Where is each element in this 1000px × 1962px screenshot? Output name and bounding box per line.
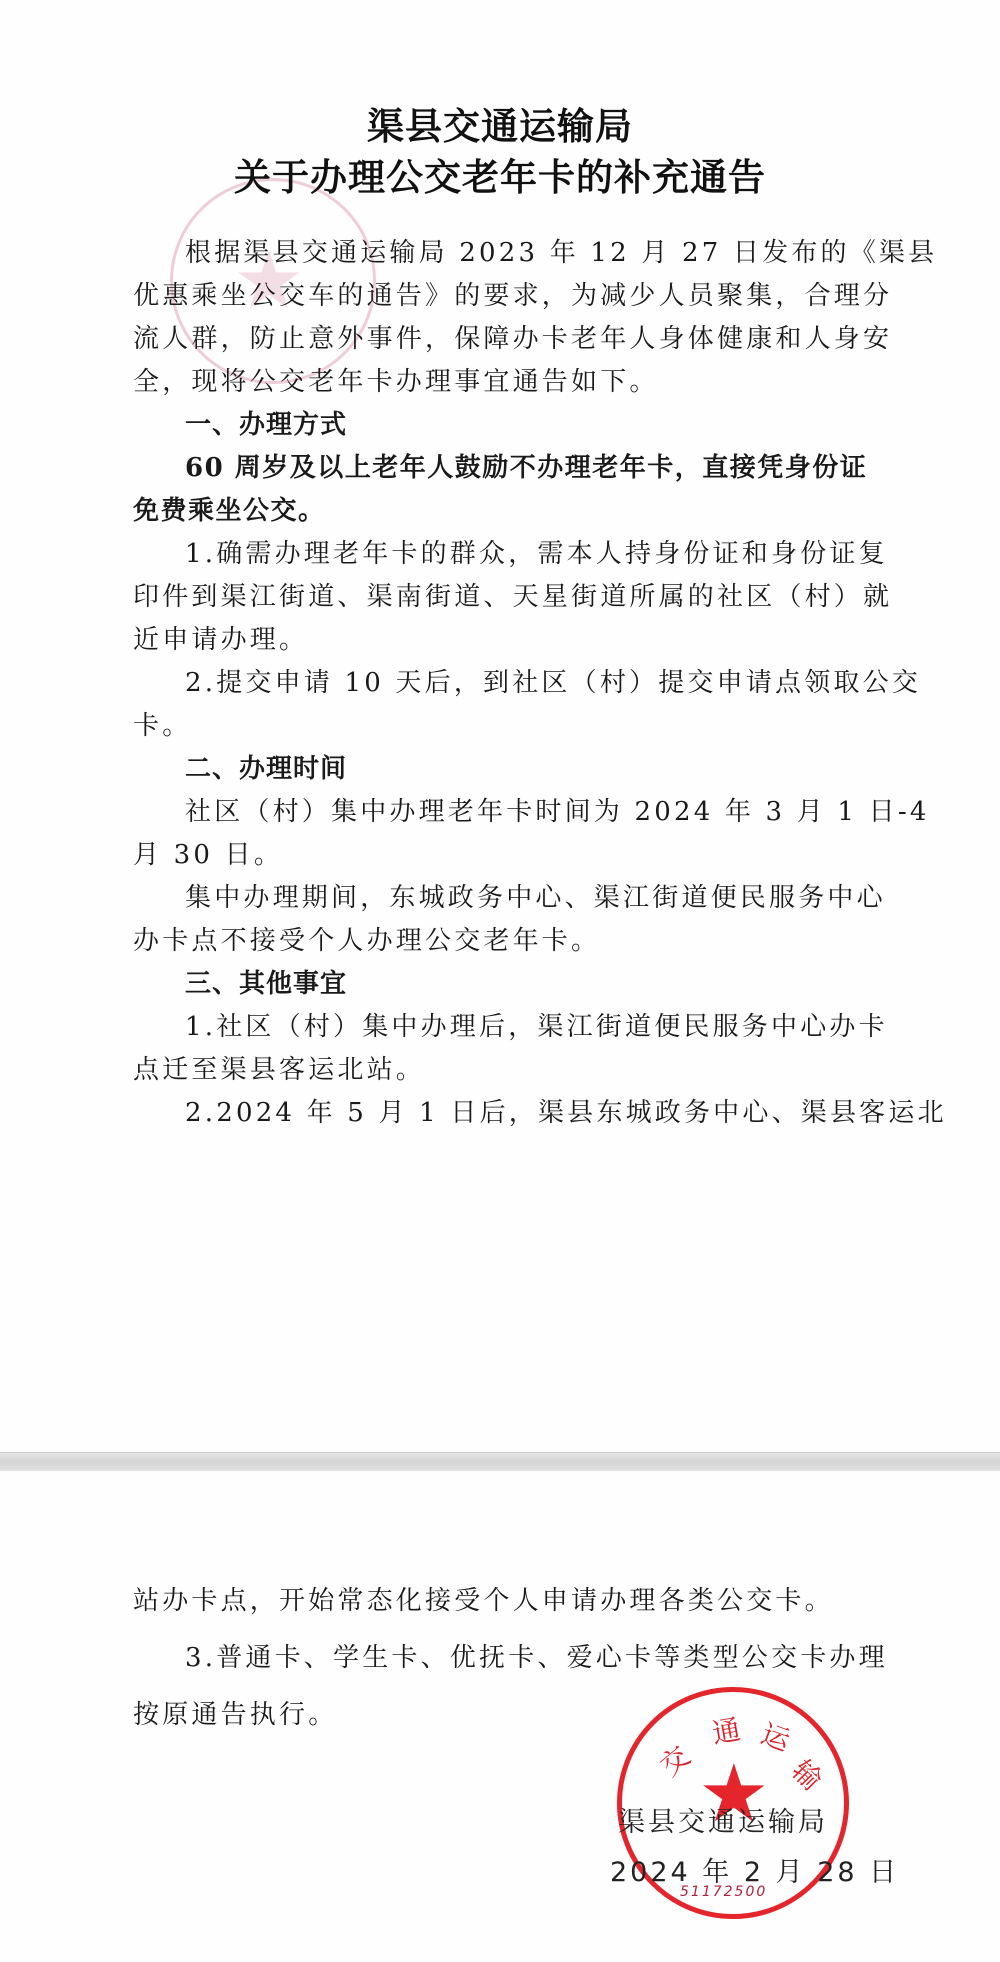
section-1-item-2-line-1: 2.提交申请 10 天后，到社区（村）提交申请点领取公交 [185,666,930,700]
section-1-item-1-line-3: 近申请办理。 [133,623,878,657]
section-1-item-1-line-1: 1.确需办理老年卡的群众，需本人持身份证和身份证复 [185,537,930,571]
seal-arc-char-2: 通 [709,1708,744,1752]
title-issuer: 渠县交通运输局 [0,96,1000,150]
section-1-item-1-line-2: 印件到渠江街道、渠南街道、天星街道所属的社区（村）就 [133,580,878,614]
section-2-para-2-line-2: 办卡点不接受个人办理公交老年卡。 [133,924,878,958]
section-2-para-2-line-1: 集中办理期间，东城政务中心、渠江街道便民服务中心 [185,881,930,915]
title-subject: 关于办理公交老年卡的补充通告 [0,147,1000,201]
section-1-heading: 一、办理方式 [185,408,930,442]
intro-line-1: 根据渠县交通运输局 2023 年 12 月 27 日发布的《渠县 [185,236,930,270]
intro-line-3: 流人群，防止意外事件，保障办卡老年人身体健康和人身安 [133,322,878,356]
section-2-para-1-line-2: 月 30 日。 [133,838,878,872]
section-1-bold-line-2: 免费乘坐公交。 [133,494,878,528]
page-break-divider [0,1452,1000,1472]
signature-date: 2024 年 2 月 28 日 [610,1850,899,1889]
section-2-para-1-line-1: 社区（村）集中办理老年卡时间为 2024 年 3 月 1 日-4 [185,795,930,829]
section-1-bold-line-1: 60 周岁及以上老年人鼓励不办理老年卡，直接凭身份证 [185,451,930,485]
seal-arc-char-1: 交 [650,1736,697,1785]
section-3-item-1-line-1: 1.社区（村）集中办理后，渠江街道便民服务中心办卡 [185,1010,930,1044]
section-3-item-2-line-2: 站办卡点，开始常态化接受个人申请办理各类公交卡。 [133,1584,878,1618]
section-3-heading: 三、其他事宜 [185,967,930,1001]
document-page-1: ★ 渠县交通运输局 关于办理公交老年卡的补充通告 根据渠县交通运输局 2023 … [0,0,1000,1452]
signature-issuer: 渠县交通运输局 [618,1800,828,1839]
section-3-item-1-line-2: 点迁至渠县客运北站。 [133,1053,878,1087]
seal-arc-char-3: 运 [756,1712,796,1759]
section-3-item-3-line-1: 3.普通卡、学生卡、优抚卡、爱心卡等类型公交卡办理 [185,1641,930,1675]
intro-line-4: 全，现将公交老年卡办理事宜通告如下。 [133,365,878,399]
section-2-heading: 二、办理时间 [185,752,930,786]
seal-arc-char-4: 输 [784,1750,832,1798]
section-3-item-2-line-1: 2.2024 年 5 月 1 日后，渠县东城政务中心、渠县客运北 [185,1096,930,1130]
intro-line-2: 优惠乘坐公交车的通告》的要求，为减少人员聚集，合理分 [133,279,878,313]
section-1-item-2-line-2: 卡。 [133,709,878,743]
